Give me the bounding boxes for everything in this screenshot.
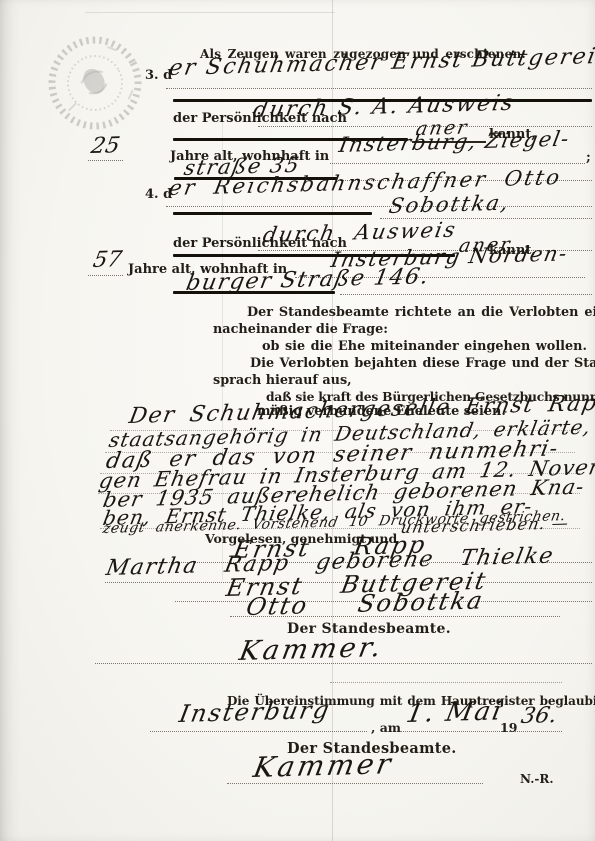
witness4-name2-handwriting: Sobottka, <box>387 191 512 218</box>
dotted-rule <box>166 206 592 207</box>
witness3-residence-punct: ; <box>586 150 591 165</box>
dotted-rule <box>400 731 562 732</box>
dotted-rule <box>230 616 560 617</box>
dotted-rule <box>330 163 585 164</box>
ceremony-line: nacheinander die Frage: <box>213 322 388 337</box>
dotted-rule <box>150 731 367 732</box>
ink-strikethrough <box>173 291 335 294</box>
dotted-rule <box>166 88 592 89</box>
dotted-rule <box>330 682 562 683</box>
dotted-rule <box>340 294 592 295</box>
registrar-signature: Kammer. <box>237 632 386 667</box>
ceremony-line: sprach hierauf aus, <box>213 373 352 388</box>
corner-mark: N.-R. <box>520 772 554 786</box>
witness3-residence-handwriting: Insterburg, Ziegel- <box>337 127 572 157</box>
certification-year-printed: 19 <box>500 720 517 735</box>
ceremony-line: Der Standesbeamte richtete an die Verlob… <box>247 305 595 320</box>
witness3-identity-handwriting: durch S. A. Ausweis <box>251 91 517 123</box>
certification-am-label: , am <box>371 720 401 735</box>
horizontal-fold-line <box>85 12 335 13</box>
document-page: Als Zeugen waren zugezogen und erschiene… <box>0 0 595 841</box>
dotted-rule <box>88 275 123 276</box>
certification-year-handwriting: 36. <box>519 703 559 729</box>
dotted-rule <box>95 663 592 664</box>
certification-registrar-signature: Kammer <box>251 747 397 784</box>
official-seal-icon <box>27 15 162 150</box>
witness3-age-handwriting: 25 <box>89 133 122 159</box>
ink-strikethrough <box>173 212 372 215</box>
certification-place-handwriting: Insterburg <box>177 696 333 728</box>
witness4-identity-handwriting: durch Ausweis <box>261 218 459 247</box>
dotted-rule <box>227 783 483 784</box>
witness4-age-handwriting: 57 <box>91 247 124 273</box>
ceremony-line: Die Verlobten bejahten diese Frage und d… <box>250 356 595 371</box>
certification-date-handwriting: 1. Mai <box>404 696 506 729</box>
dotted-rule <box>88 160 123 161</box>
ceremony-line: ob sie die Ehe miteinander eingehen woll… <box>262 339 587 354</box>
